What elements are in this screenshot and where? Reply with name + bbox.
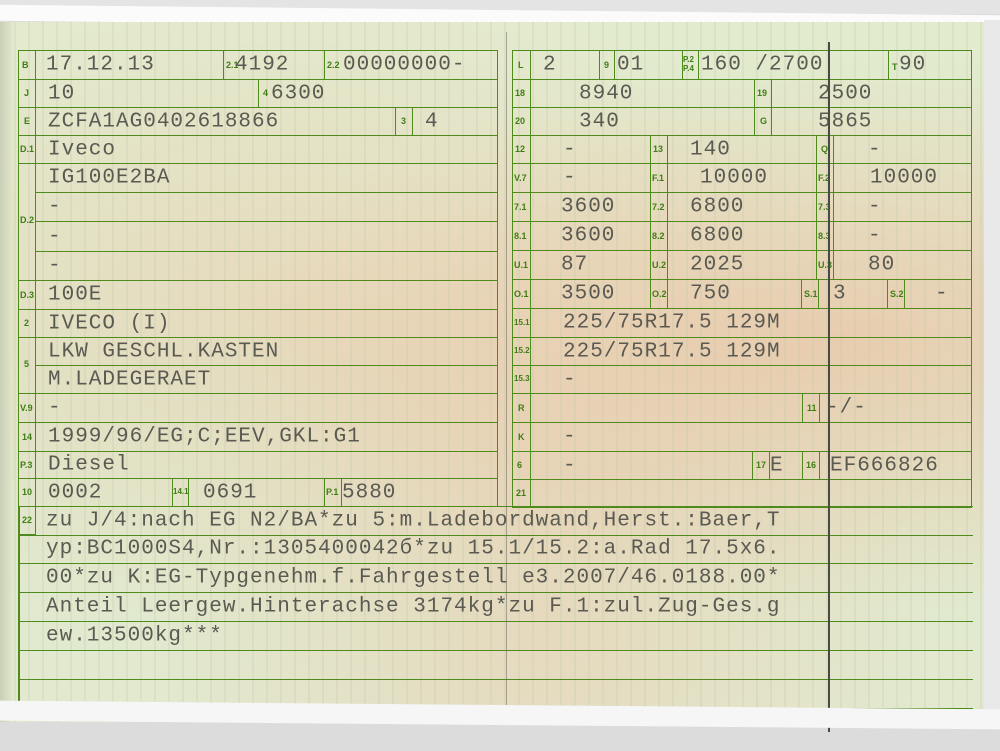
field-value: 00000000- <box>343 55 465 76</box>
field-value: Diesel <box>48 455 130 476</box>
registration-document: B 17.12.13 2.14192 2.200000000- J 10 463… <box>0 22 985 722</box>
field-2-manufacturer: IVECO (I) <box>35 309 498 338</box>
field-15-2-tyres: 225/75R17.5 129M <box>530 337 972 366</box>
field-value: 1999/96/EG;C;EEV,GKL:G1 <box>48 427 361 448</box>
field-K: - <box>530 422 972 452</box>
field-value: 01 <box>617 55 644 76</box>
field-value: 2500 <box>818 83 872 104</box>
field-label: O.2 <box>652 290 667 299</box>
field-label: 7.2 <box>652 203 665 212</box>
field-value: 90 <box>899 55 926 76</box>
field-P1-displacement: 5880 <box>341 478 498 507</box>
field-value: 750 <box>690 284 731 305</box>
field-label: 15.3 <box>514 375 530 383</box>
field-21 <box>530 479 972 508</box>
field-label: V.7 <box>514 174 527 183</box>
field-value: - <box>563 427 577 448</box>
label-cell-3: 3 <box>395 107 413 136</box>
field-V9: - <box>35 393 498 423</box>
label-cell-8-2: 8.2 <box>650 221 668 251</box>
field-value: zu J/4:nach EG N2/BA*zu 5:m.Ladebordwand… <box>46 510 781 533</box>
field-label: 21 <box>516 489 526 498</box>
field-label: 14.1 <box>173 488 189 496</box>
field-P2-P4-power: 160 /2700 <box>698 50 889 80</box>
label-cell-O1: O.1 <box>512 279 531 309</box>
field-B-date: 17.12.13 <box>35 50 224 80</box>
field-D2-line2: - <box>35 192 498 222</box>
field-value: - <box>563 139 577 160</box>
field-value: 4192 <box>235 55 289 76</box>
field-label: F.1 <box>652 174 664 183</box>
label-cell-14: 14 <box>18 422 36 452</box>
label-cell-17: 17 <box>752 451 770 480</box>
field-value: 2 <box>543 55 557 76</box>
field-R-color <box>530 393 803 423</box>
field-label: P.2 P.4 <box>683 55 699 73</box>
field-value: Anteil Leergew.Hinterachse 3174kg*zu F.1… <box>46 596 781 619</box>
field-F1: 10000 <box>667 163 817 193</box>
label-cell-14-1: 14.1 <box>172 478 189 507</box>
field-value: 10 <box>48 83 75 104</box>
label-cell-13: 13 <box>650 135 668 164</box>
field-value: 4 <box>425 111 439 132</box>
label-cell-F1: F.1 <box>650 163 668 193</box>
field-D2-line1: IG100E2BA <box>35 163 498 193</box>
field-label: S.2 <box>890 290 904 299</box>
field-value: - <box>563 455 577 476</box>
field-label: 7.1 <box>514 203 527 212</box>
field-label: 2.2 <box>327 61 340 70</box>
field-value: M.LADEGERAET <box>48 369 211 390</box>
field-value: - <box>563 168 577 189</box>
label-cell-8-1: 8.1 <box>512 221 531 251</box>
field-value: 3600 <box>561 197 615 218</box>
field-value: 5880 <box>342 482 396 503</box>
field-value: - <box>48 197 62 218</box>
field-label: R <box>518 404 525 413</box>
field-label: 8.1 <box>514 232 527 241</box>
label-cell-U2: U.2 <box>650 250 668 280</box>
field-label: 5 <box>24 360 29 369</box>
field-value: Iveco <box>48 139 116 160</box>
field-label: U.1 <box>514 261 528 270</box>
scan-right-margin <box>984 20 1000 720</box>
field-value: 6300 <box>271 83 325 104</box>
field-U3: 80 <box>833 250 972 280</box>
field-label: 19 <box>757 89 767 98</box>
label-cell-16: 16 <box>802 451 820 480</box>
label-cell-D1: D.1 <box>18 135 36 164</box>
label-cell-D3: D.3 <box>18 280 36 310</box>
label-cell-S2: S.2 <box>887 279 905 309</box>
field-label: 9 <box>604 61 609 70</box>
field-D2-line4: - <box>35 251 498 281</box>
field-3: 4 <box>412 107 498 136</box>
label-cell-G: G <box>754 107 772 136</box>
field-value: ew.13500kg*** <box>46 625 223 648</box>
field-label: Q <box>821 145 828 154</box>
field-value: -/- <box>826 398 867 419</box>
label-cell-K: K <box>512 422 531 452</box>
field-label: K <box>518 433 525 442</box>
label-cell-E: E <box>18 107 36 136</box>
field-15-1-tyres: 225/75R17.5 129M <box>530 308 972 338</box>
field-D2-line3: - <box>35 221 498 252</box>
field-label: 20 <box>515 117 525 126</box>
field-value: ZCFA1AG0402618866 <box>48 111 279 132</box>
field-value: - <box>868 139 882 160</box>
field-18-length: 8940 <box>530 79 755 108</box>
field-8-2: 6800 <box>667 221 817 251</box>
field-8-1: 3600 <box>530 221 651 251</box>
label-cell-Q: Q <box>816 135 834 164</box>
label-cell-O2: O.2 <box>650 279 668 309</box>
field-label: 10 <box>22 488 32 497</box>
field-value: EF666826 <box>830 455 939 476</box>
label-cell-P1: P.1 <box>324 478 342 507</box>
label-cell-7-3: 7.3 <box>816 192 834 222</box>
field-2-2: 2.200000000- <box>324 50 498 80</box>
field-label: 17 <box>756 461 766 470</box>
field-17: E <box>769 451 803 480</box>
label-cell-9: 9 <box>599 50 615 80</box>
field-L-axles: 2 <box>530 50 600 80</box>
label-cell-L: L <box>512 50 531 80</box>
field-value: 10000 <box>870 168 938 189</box>
field-value: 8940 <box>579 83 633 104</box>
field-label: J <box>24 89 29 98</box>
label-cell-F2: F.2 <box>816 163 834 193</box>
field-value: 160 /2700 <box>701 55 823 76</box>
label-cell-R: R <box>512 393 531 423</box>
field-7-2: 6800 <box>667 192 817 222</box>
field-7-3: - <box>833 192 972 222</box>
field-value: - <box>48 256 62 277</box>
field-D1-make: Iveco <box>35 135 498 164</box>
field-value: 5865 <box>818 111 872 132</box>
label-cell-18: 18 <box>512 79 531 108</box>
document-left-edge <box>0 22 12 722</box>
field-11: -/- <box>819 393 972 423</box>
label-cell-V7: V.7 <box>512 163 531 193</box>
field-label: 12 <box>515 145 525 154</box>
field-label: D.2 <box>20 216 34 225</box>
field-U1: 87 <box>530 250 651 280</box>
field-label: 4 <box>263 89 268 98</box>
field-value: 87 <box>561 255 588 276</box>
field-G-mass: 5865 <box>771 107 972 136</box>
field-6-date: - <box>530 451 753 480</box>
label-cell-10: 10 <box>18 478 36 507</box>
field-value: 3600 <box>561 226 615 247</box>
field-value: 225/75R17.5 129M <box>563 313 781 334</box>
field-label: 16 <box>806 461 816 470</box>
field-20-height: 340 <box>530 107 755 136</box>
field-value: 80 <box>868 255 895 276</box>
field-19-width: 2500 <box>771 79 972 108</box>
label-cell-P3: P.3 <box>18 451 36 479</box>
label-cell-15-2: 15.2 <box>512 337 531 366</box>
field-label: 11 <box>807 404 817 413</box>
field-value: 0691 <box>203 482 257 503</box>
field-value: - <box>563 369 577 390</box>
field-9: 01 <box>614 50 683 80</box>
field-S2: - <box>904 279 972 309</box>
label-cell-B: B <box>18 50 36 80</box>
field-V7: - <box>530 163 651 193</box>
field-14-1: 0691 <box>188 478 325 507</box>
field-label: O.1 <box>514 290 529 299</box>
field-value: - <box>868 197 882 218</box>
label-cell-U3: U.3 <box>816 250 834 280</box>
field-value: 0002 <box>48 482 102 503</box>
field-12: - <box>530 135 651 164</box>
label-cell-8-3: 8.3 <box>816 221 834 251</box>
label-cell-20: 20 <box>512 107 531 136</box>
field-label: T <box>892 63 898 72</box>
field-value: 6800 <box>690 226 744 247</box>
label-cell-U1: U.1 <box>512 250 531 280</box>
remarks-left-border <box>18 506 20 709</box>
field-D3: 100E <box>35 280 498 310</box>
field-label: P.1 <box>326 488 338 497</box>
field-label: B <box>22 61 29 70</box>
field-label: D.3 <box>20 291 34 300</box>
field-4: 46300 <box>258 79 498 108</box>
field-value: LKW GESCHL.KASTEN <box>48 341 279 362</box>
field-label: 18 <box>515 89 525 98</box>
field-label: 15.1 <box>514 319 530 327</box>
label-cell-15-1: 15.1 <box>512 308 531 338</box>
field-label: 2 <box>24 319 29 328</box>
field-label: L <box>518 61 524 70</box>
label-cell-7-1: 7.1 <box>512 192 531 222</box>
field-J: 10 <box>35 79 259 108</box>
field-label: D.1 <box>20 145 34 154</box>
field-value: 3500 <box>561 284 615 305</box>
field-14-emission: 1999/96/EG;C;EEV,GKL:G1 <box>35 422 498 452</box>
field-value: IG100E2BA <box>48 168 170 189</box>
field-E-vin: ZCFA1AG0402618866 <box>35 107 396 136</box>
field-O2: 750 <box>667 279 802 309</box>
field-value: 00*zu K:EG-Typgenehm.f.Fahrgestell e3.20… <box>46 567 781 590</box>
fold-line-right <box>828 42 830 732</box>
field-value: 17.12.13 <box>46 55 155 76</box>
field-value: 340 <box>579 111 620 132</box>
fold-line-center <box>506 32 507 722</box>
field-value: IVECO (I) <box>48 313 170 334</box>
field-5-line2: M.LADEGERAET <box>35 365 498 394</box>
label-cell-12: 12 <box>512 135 531 164</box>
field-U2: 2025 <box>667 250 817 280</box>
field-value: - <box>868 226 882 247</box>
field-T-speed: T90 <box>888 50 972 80</box>
field-value: 10000 <box>700 168 768 189</box>
label-cell-S1: S.1 <box>801 279 819 309</box>
label-cell-21: 21 <box>512 479 531 508</box>
label-cell-6: 6 <box>512 451 531 480</box>
label-cell-15-3: 15.3 <box>512 365 531 394</box>
field-label: E <box>24 117 30 126</box>
field-O1: 3500 <box>530 279 651 309</box>
field-label: 13 <box>653 145 663 154</box>
field-16-doc-number: EF666826 <box>819 451 972 480</box>
field-label: 6 <box>517 461 522 470</box>
label-cell-11: 11 <box>802 393 820 423</box>
label-cell-V9: V.9 <box>18 393 36 423</box>
field-label: 3 <box>401 117 406 126</box>
label-cell-7-2: 7.2 <box>650 192 668 222</box>
field-P3-fuel: Diesel <box>35 451 498 479</box>
field-label: 14 <box>22 433 32 442</box>
field-15-3: - <box>530 365 972 394</box>
field-value: 225/75R17.5 129M <box>563 341 781 362</box>
label-cell-5: 5 <box>18 337 36 394</box>
field-value: 3 <box>833 284 847 305</box>
field-label: 15.2 <box>514 347 530 355</box>
field-Q: - <box>833 135 972 164</box>
field-label: G <box>760 117 767 126</box>
field-label: V.9 <box>20 404 33 413</box>
field-label: 8.2 <box>652 232 665 241</box>
field-F2: 10000 <box>833 163 972 193</box>
field-value: yp:BC1000S4,Nr.:1305400042б*zu 15.1/15.2… <box>46 538 781 561</box>
field-8-3: - <box>833 221 972 251</box>
field-value: 140 <box>690 139 731 160</box>
field-value: 100E <box>48 285 102 306</box>
field-label: S.1 <box>804 290 818 299</box>
label-cell-J: J <box>18 79 36 108</box>
field-5-line1: LKW GESCHL.KASTEN <box>35 337 498 366</box>
field-10: 0002 <box>35 478 173 507</box>
field-label: U.2 <box>652 261 666 270</box>
label-cell-19: 19 <box>754 79 772 108</box>
field-2-1: 2.14192 <box>223 50 325 80</box>
field-label: P.3 <box>20 461 32 470</box>
field-value: - <box>48 226 62 247</box>
field-value: - <box>935 284 949 305</box>
field-value: E <box>770 455 784 476</box>
field-7-1: 3600 <box>530 192 651 222</box>
label-cell-P2-P4: P.2 P.4 <box>682 50 699 80</box>
label-cell-D2: D.2 <box>18 163 36 281</box>
field-13: 140 <box>667 135 817 164</box>
label-cell-2: 2 <box>18 309 36 338</box>
field-value: 2025 <box>690 255 744 276</box>
field-value: - <box>48 398 62 419</box>
field-value: 6800 <box>690 197 744 218</box>
